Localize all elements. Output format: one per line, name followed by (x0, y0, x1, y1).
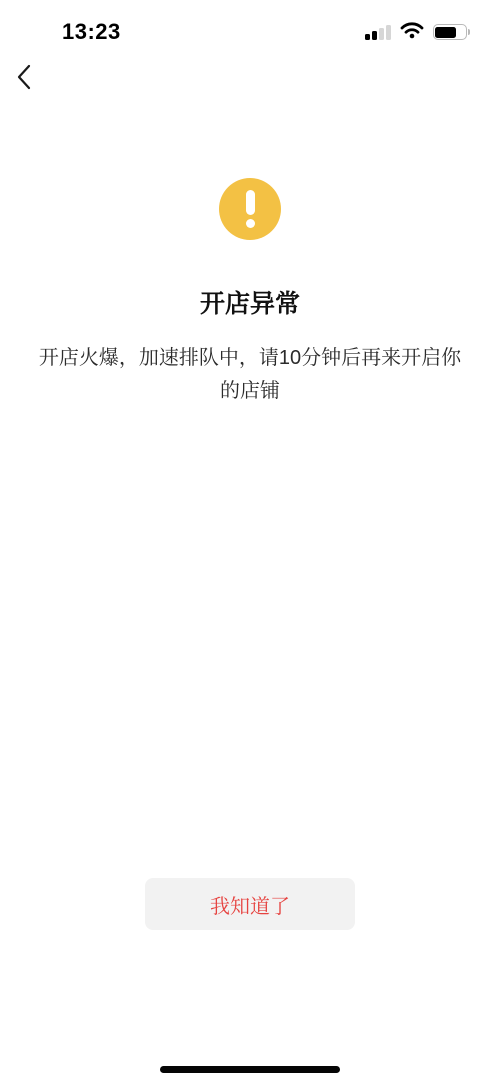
error-screen: 13:23 (0, 0, 500, 1084)
warning-exclamation-dot (246, 219, 255, 228)
wifi-icon (400, 21, 424, 44)
status-icons (365, 21, 471, 44)
confirm-button[interactable]: 我知道了 (145, 878, 355, 930)
nav-bar (0, 54, 500, 102)
error-content: 开店异常 开店火爆，加速排队中，请10分钟后再来开启你的店铺 (0, 178, 500, 408)
status-bar: 13:23 (0, 0, 500, 54)
home-indicator[interactable] (160, 1066, 340, 1073)
battery-icon (433, 24, 471, 40)
status-time: 13:23 (62, 19, 121, 45)
chevron-left-icon (16, 64, 31, 93)
error-message: 开店火爆，加速排队中，请10分钟后再来开启你的店铺 (30, 342, 470, 408)
back-button[interactable] (16, 61, 50, 95)
warning-exclamation-bar (246, 190, 255, 215)
error-title: 开店异常 (0, 284, 500, 320)
warning-icon (219, 178, 281, 240)
cellular-signal-icon (365, 25, 391, 40)
